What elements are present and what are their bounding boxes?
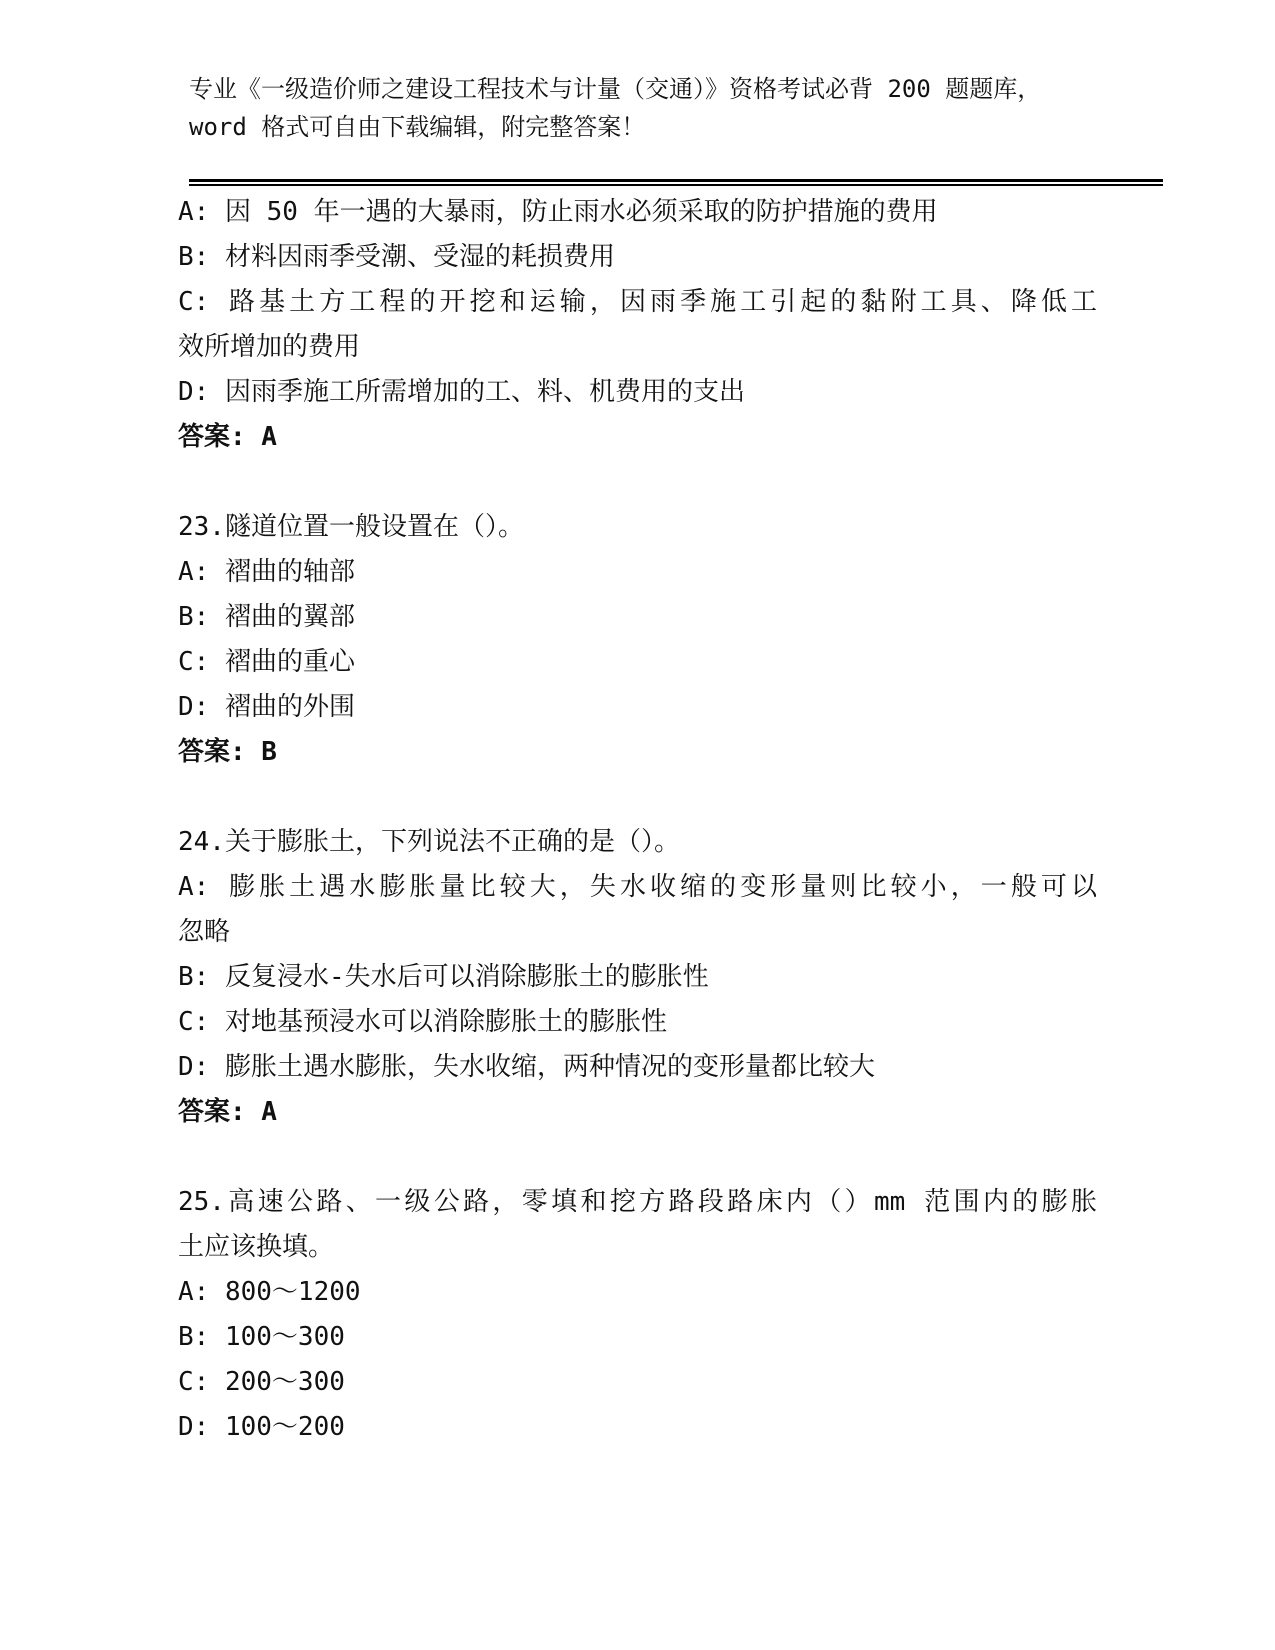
q24-option-b: B: 反复浸水-失水后可以消除膨胀土的膨胀性 <box>178 955 1097 1000</box>
q25-option-d: D: 100～200 <box>178 1405 1097 1450</box>
q24-option-c: C: 对地基预浸水可以消除膨胀土的膨胀性 <box>178 1000 1097 1045</box>
q23-option-a: A: 褶曲的轴部 <box>178 550 1097 595</box>
document-body: A: 因 50 年一遇的大暴雨，防止雨水必须采取的防护措施的费用 B: 材料因雨… <box>178 190 1097 1495</box>
q23-stem: 23.隧道位置一般设置在（）。 <box>178 505 1097 550</box>
q25-option-c: C: 200～300 <box>178 1360 1097 1405</box>
q22-option-a: A: 因 50 年一遇的大暴雨，防止雨水必须采取的防护措施的费用 <box>178 190 1097 235</box>
q22-answer: 答案: A <box>178 415 1097 460</box>
header-title-line-2: word 格式可自由下载编辑，附完整答案！ <box>189 108 1089 146</box>
header-divider-rule <box>189 179 1163 186</box>
q24-option-a-line-2: 忽略 <box>178 910 1097 955</box>
q25-stem-line-1: 25.高速公路、一级公路，零填和挖方路段路床内（）mm 范围内的膨胀 <box>178 1180 1097 1225</box>
question-22-options-block: A: 因 50 年一遇的大暴雨，防止雨水必须采取的防护措施的费用 B: 材料因雨… <box>178 190 1097 460</box>
question-24-block: 24.关于膨胀土，下列说法不正确的是（）。 A: 膨胀土遇水膨胀量比较大，失水收… <box>178 820 1097 1135</box>
q24-answer: 答案: A <box>178 1090 1097 1135</box>
q22-option-d: D: 因雨季施工所需增加的工、料、机费用的支出 <box>178 370 1097 415</box>
q22-option-c-line-2: 效所增加的费用 <box>178 325 1097 370</box>
q24-option-a-line-1: A: 膨胀土遇水膨胀量比较大，失水收缩的变形量则比较小，一般可以 <box>178 865 1097 910</box>
q24-option-d: D: 膨胀土遇水膨胀，失水收缩，两种情况的变形量都比较大 <box>178 1045 1097 1090</box>
q25-stem-line-2: 土应该换填。 <box>178 1225 1097 1270</box>
question-23-block: 23.隧道位置一般设置在（）。 A: 褶曲的轴部 B: 褶曲的翼部 C: 褶曲的… <box>178 505 1097 775</box>
q23-option-d: D: 褶曲的外围 <box>178 685 1097 730</box>
q22-option-b: B: 材料因雨季受潮、受湿的耗损费用 <box>178 235 1097 280</box>
header-title-line-1: 专业《一级造价师之建设工程技术与计量（交通）》资格考试必背 200 题题库， <box>189 70 1089 108</box>
q25-option-b: B: 100～300 <box>178 1315 1097 1360</box>
q22-option-c-line-1: C: 路基土方工程的开挖和运输，因雨季施工引起的黏附工具、降低工 <box>178 280 1097 325</box>
document-header: 专业《一级造价师之建设工程技术与计量（交通）》资格考试必背 200 题题库， w… <box>189 70 1089 146</box>
q23-answer: 答案: B <box>178 730 1097 775</box>
q23-option-c: C: 褶曲的重心 <box>178 640 1097 685</box>
question-25-block: 25.高速公路、一级公路，零填和挖方路段路床内（）mm 范围内的膨胀 土应该换填… <box>178 1180 1097 1450</box>
document-page: 专业《一级造价师之建设工程技术与计量（交通）》资格考试必背 200 题题库， w… <box>0 0 1275 1650</box>
q23-option-b: B: 褶曲的翼部 <box>178 595 1097 640</box>
q25-option-a: A: 800～1200 <box>178 1270 1097 1315</box>
q24-stem: 24.关于膨胀土，下列说法不正确的是（）。 <box>178 820 1097 865</box>
